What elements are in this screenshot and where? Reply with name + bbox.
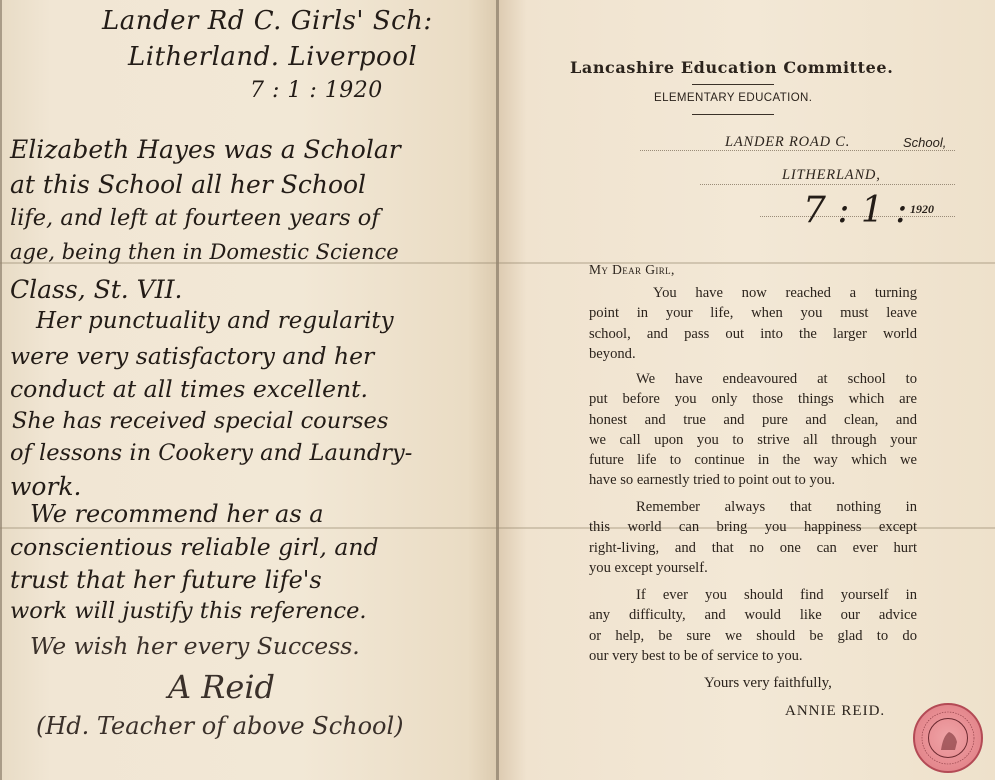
handwritten-school-name: Lander Rd C. Girls' Sch: [102, 6, 433, 36]
reference-line: Elizabeth Hayes was a Scholar [10, 135, 401, 164]
center-fold [496, 0, 499, 780]
signature-title: (Hd. Teacher of above School) [36, 712, 404, 740]
letterhead-title: Lancashire Education Committee. [570, 58, 893, 77]
reference-line: were very satisfactory and her [10, 342, 374, 370]
reference-line: work will justify this reference. [10, 598, 367, 624]
salutation: My Dear Girl, [589, 262, 675, 278]
reference-line: Her punctuality and regularity [36, 308, 394, 334]
letter-paragraph: We have endeavoured at school to put bef… [589, 369, 917, 491]
reference-line: life, and left at fourteen years of [10, 205, 380, 231]
letter-paragraph: If ever you should find yourself in any … [589, 585, 917, 666]
letterhead-subheading: ELEMENTARY EDUCATION. [654, 92, 812, 104]
signatory: ANNIE REID. [785, 703, 885, 720]
handwritten-place: Litherland. Liverpool [128, 42, 417, 72]
printed-year: 1920 [910, 202, 934, 217]
reference-line: We recommend her as a [30, 500, 324, 528]
handwritten-signature: A Reid [168, 668, 275, 706]
council-seal-stamp [913, 703, 983, 773]
reference-line: We wish her every Success. [30, 632, 360, 660]
reference-line: conduct at all times excellent. [10, 375, 368, 403]
letter-paragraph: Remember always that nothing in this wor… [589, 497, 917, 578]
dotted-rule [700, 184, 955, 185]
closing: Yours very faithfully, [704, 675, 832, 692]
school-suffix: School, [903, 135, 946, 150]
reference-line: at this School all her School [10, 170, 366, 199]
reference-line: She has received special courses [12, 408, 388, 434]
seal-ring-text-icon [915, 705, 981, 771]
letter-paragraph: You have now reached a turning point in … [589, 283, 917, 364]
divider [692, 114, 774, 115]
reference-line: Class, St. VII. [10, 275, 182, 304]
handwritten-date: 7 : 1 : [803, 190, 907, 231]
reference-line: work. [10, 472, 82, 501]
reference-line: of lessons in Cookery and Laundry- [10, 440, 412, 466]
school-name: LANDER ROAD C. [725, 134, 850, 151]
divider [692, 84, 774, 85]
handwritten-date: 7 : 1 : 1920 [250, 78, 383, 103]
place-name: LITHERLAND, [782, 167, 881, 184]
reference-line: age, being then in Domestic Science [10, 240, 399, 264]
reference-line: conscientious reliable girl, and [10, 533, 379, 561]
reference-line: trust that her future life's [10, 566, 322, 594]
